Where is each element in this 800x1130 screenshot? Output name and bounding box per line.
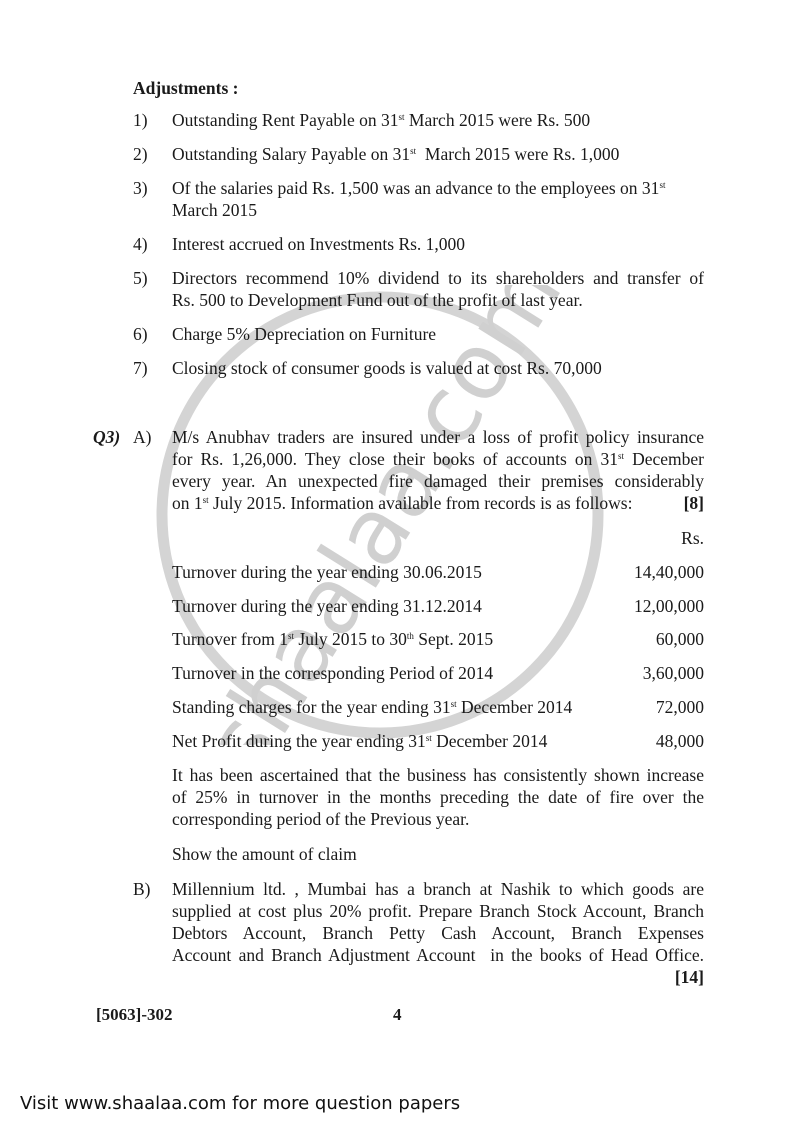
item-number: 3) <box>133 177 148 200</box>
row-value: 12,00,000 <box>634 595 704 618</box>
row-value: 48,000 <box>656 730 704 753</box>
statement-line-2: for Rs. 1,26,000. They close their books… <box>172 448 704 471</box>
statement-line-3: Debtors Account, Branch Petty Cash Accou… <box>172 922 704 945</box>
item-number: 1) <box>133 109 148 132</box>
row-label: Turnover from 1st July 2015 to 30th Sept… <box>172 628 493 651</box>
part-b-marks: [14] <box>675 966 704 989</box>
item-text-line-2: Rs. 500 to Development Fund out of the p… <box>172 289 583 312</box>
item-text-line-1: Of the salaries paid Rs. 1,500 was an ad… <box>172 177 665 200</box>
row-label: Turnover in the corresponding Period of … <box>172 662 493 685</box>
row-value: 60,000 <box>656 628 704 651</box>
item-number: 6) <box>133 323 148 346</box>
row-value: 14,40,000 <box>634 561 704 584</box>
item-text: Outstanding Rent Payable on 31st March 2… <box>172 109 590 132</box>
row-value: 3,60,000 <box>643 662 704 685</box>
row-label: Turnover during the year ending 31.12.20… <box>172 595 482 618</box>
item-text-line-2: March 2015 <box>172 199 257 222</box>
statement-line-3: every year. An unexpected fire damaged t… <box>172 470 704 493</box>
item-text: Charge 5% Depreciation on Furniture <box>172 323 436 346</box>
row-label: Net Profit during the year ending 31st D… <box>172 730 547 753</box>
question-paper-page: Adjustments : 1) Outstanding Rent Payabl… <box>0 0 800 1130</box>
currency-header: Rs. <box>681 527 704 550</box>
item-text: Interest accrued on Investments Rs. 1,00… <box>172 233 465 256</box>
statement-line-1: Millennium ltd. , Mumbai has a branch at… <box>172 878 704 901</box>
paper-code: [5063]-302 <box>96 1005 172 1025</box>
note-line-1: It has been ascertained that the busines… <box>172 764 704 787</box>
statement-line-4: on 1st July 2015. Information available … <box>172 492 632 515</box>
item-number: 5) <box>133 267 148 290</box>
page-number: 4 <box>393 1005 402 1025</box>
item-text: Outstanding Salary Payable on 31st March… <box>172 143 619 166</box>
part-b-label: B) <box>133 878 151 901</box>
note-line-2: of 25% in turnover in the months precedi… <box>172 786 704 809</box>
item-text-line-1: Directors recommend 10% dividend to its … <box>172 267 704 290</box>
item-number: 7) <box>133 357 148 380</box>
part-a-instruction: Show the amount of claim <box>172 843 357 866</box>
row-value: 72,000 <box>656 696 704 719</box>
statement-line-4: Account and Branch Adjustment Account in… <box>172 944 704 967</box>
item-number: 2) <box>133 143 148 166</box>
statement-line-1: M/s Anubhav traders are insured under a … <box>172 426 704 449</box>
part-a-label: A) <box>133 426 151 449</box>
adjustments-heading: Adjustments : <box>133 77 239 100</box>
item-number: 4) <box>133 233 148 256</box>
row-label: Standing charges for the year ending 31s… <box>172 696 572 719</box>
visit-website-link[interactable]: Visit www.shaalaa.com for more question … <box>20 1093 460 1114</box>
statement-line-2: supplied at cost plus 20% profit. Prepar… <box>172 900 704 923</box>
item-text: Closing stock of consumer goods is value… <box>172 357 602 380</box>
question-number: Q3) <box>93 426 120 449</box>
note-line-3: corresponding period of the Previous yea… <box>172 808 469 831</box>
row-label: Turnover during the year ending 30.06.20… <box>172 561 482 584</box>
part-a-marks: [8] <box>684 492 704 515</box>
